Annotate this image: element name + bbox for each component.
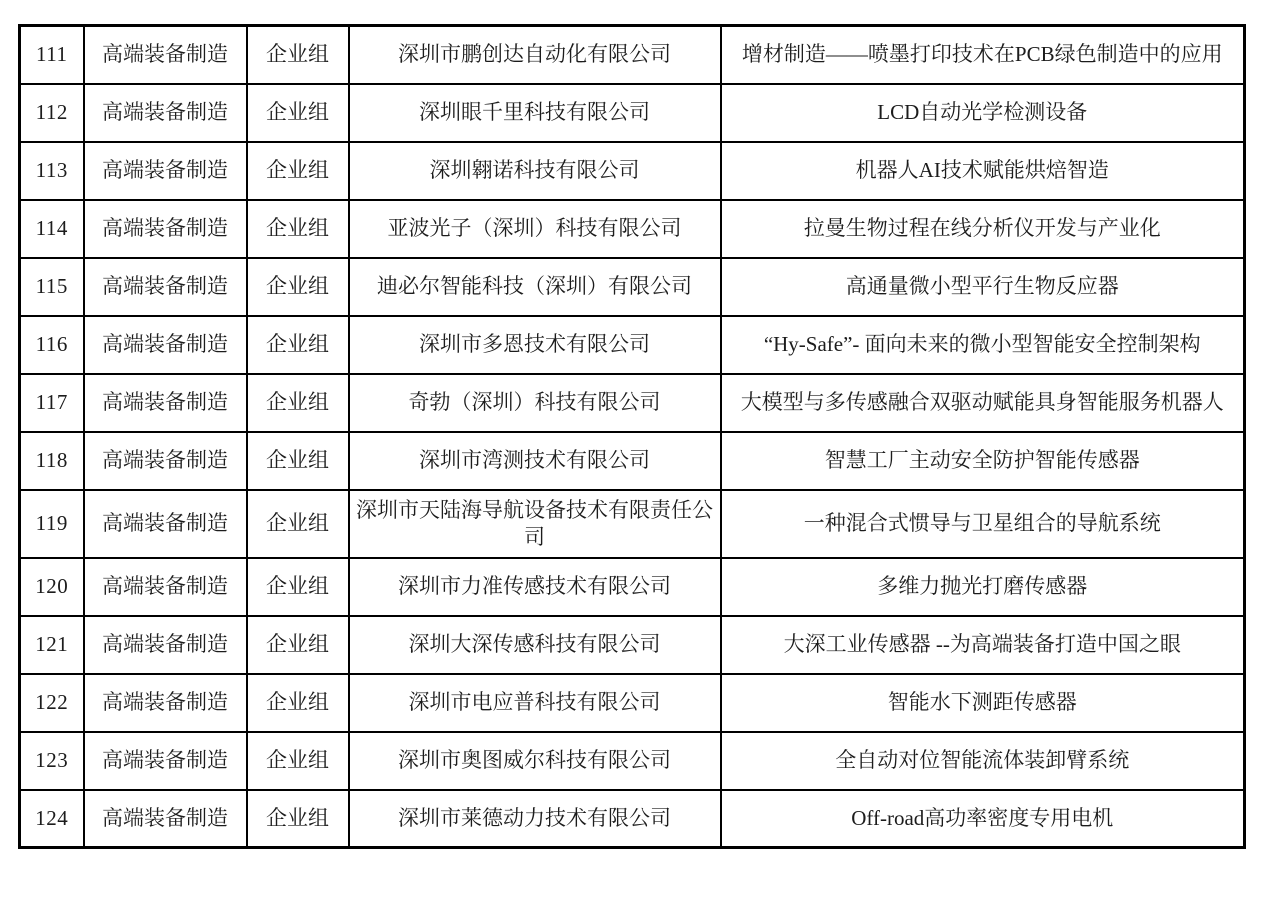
group-cell: 企业组 bbox=[247, 316, 349, 374]
table-row: 113 高端装备制造 企业组 深圳翱诺科技有限公司 机器人AI技术赋能烘焙智造 bbox=[20, 142, 1245, 200]
serial-number-cell: 111 bbox=[20, 26, 84, 84]
project-name-cell: 全自动对位智能流体装卸臂系统 bbox=[721, 732, 1245, 790]
industry-cell: 高端装备制造 bbox=[84, 616, 247, 674]
serial-number-cell: 116 bbox=[20, 316, 84, 374]
group-cell: 企业组 bbox=[247, 26, 349, 84]
company-name-cell: 深圳市力准传感技术有限公司 bbox=[349, 558, 721, 616]
group-cell: 企业组 bbox=[247, 374, 349, 432]
table-row: 119 高端装备制造 企业组 深圳市天陆海导航设备技术有限责任公司 一种混合式惯… bbox=[20, 490, 1245, 558]
project-name-cell: 高通量微小型平行生物反应器 bbox=[721, 258, 1245, 316]
project-name-cell: “Hy-Safe”- 面向未来的微小型智能安全控制架构 bbox=[721, 316, 1245, 374]
company-name-cell: 奇勃（深圳）科技有限公司 bbox=[349, 374, 721, 432]
industry-cell: 高端装备制造 bbox=[84, 432, 247, 490]
project-name-cell: 大模型与多传感融合双驱动赋能具身智能服务机器人 bbox=[721, 374, 1245, 432]
serial-number-cell: 118 bbox=[20, 432, 84, 490]
group-cell: 企业组 bbox=[247, 674, 349, 732]
industry-cell: 高端装备制造 bbox=[84, 200, 247, 258]
company-name-cell: 深圳眼千里科技有限公司 bbox=[349, 84, 721, 142]
group-cell: 企业组 bbox=[247, 142, 349, 200]
company-name-cell: 深圳大深传感科技有限公司 bbox=[349, 616, 721, 674]
serial-number-cell: 119 bbox=[20, 490, 84, 558]
project-name-cell: 大深工业传感器 --为高端装备打造中国之眼 bbox=[721, 616, 1245, 674]
group-cell: 企业组 bbox=[247, 790, 349, 848]
serial-number-cell: 114 bbox=[20, 200, 84, 258]
table-row: 123 高端装备制造 企业组 深圳市奥图威尔科技有限公司 全自动对位智能流体装卸… bbox=[20, 732, 1245, 790]
industry-cell: 高端装备制造 bbox=[84, 790, 247, 848]
project-name-cell: 多维力抛光打磨传感器 bbox=[721, 558, 1245, 616]
serial-number-cell: 121 bbox=[20, 616, 84, 674]
company-name-cell: 迪必尔智能科技（深圳）有限公司 bbox=[349, 258, 721, 316]
project-name-cell: 一种混合式惯导与卫星组合的导航系统 bbox=[721, 490, 1245, 558]
serial-number-cell: 113 bbox=[20, 142, 84, 200]
industry-cell: 高端装备制造 bbox=[84, 142, 247, 200]
industry-cell: 高端装备制造 bbox=[84, 558, 247, 616]
industry-cell: 高端装备制造 bbox=[84, 316, 247, 374]
industry-cell: 高端装备制造 bbox=[84, 674, 247, 732]
serial-number-cell: 120 bbox=[20, 558, 84, 616]
industry-cell: 高端装备制造 bbox=[84, 490, 247, 558]
company-name-cell: 深圳翱诺科技有限公司 bbox=[349, 142, 721, 200]
project-name-cell: LCD自动光学检测设备 bbox=[721, 84, 1245, 142]
table-row: 111 高端装备制造 企业组 深圳市鹏创达自动化有限公司 增材制造——喷墨打印技… bbox=[20, 26, 1245, 84]
table-row: 122 高端装备制造 企业组 深圳市电应普科技有限公司 智能水下测距传感器 bbox=[20, 674, 1245, 732]
group-cell: 企业组 bbox=[247, 200, 349, 258]
company-name-cell: 深圳市电应普科技有限公司 bbox=[349, 674, 721, 732]
project-name-cell: 智慧工厂主动安全防护智能传感器 bbox=[721, 432, 1245, 490]
industry-cell: 高端装备制造 bbox=[84, 374, 247, 432]
table-row: 112 高端装备制造 企业组 深圳眼千里科技有限公司 LCD自动光学检测设备 bbox=[20, 84, 1245, 142]
project-name-cell: 增材制造——喷墨打印技术在PCB绿色制造中的应用 bbox=[721, 26, 1245, 84]
table-row: 116 高端装备制造 企业组 深圳市多恩技术有限公司 “Hy-Safe”- 面向… bbox=[20, 316, 1245, 374]
project-name-cell: Off-road高功率密度专用电机 bbox=[721, 790, 1245, 848]
project-name-cell: 智能水下测距传感器 bbox=[721, 674, 1245, 732]
table-row: 117 高端装备制造 企业组 奇勃（深圳）科技有限公司 大模型与多传感融合双驱动… bbox=[20, 374, 1245, 432]
company-name-cell: 深圳市鹏创达自动化有限公司 bbox=[349, 26, 721, 84]
industry-cell: 高端装备制造 bbox=[84, 732, 247, 790]
group-cell: 企业组 bbox=[247, 258, 349, 316]
group-cell: 企业组 bbox=[247, 732, 349, 790]
table-body: 111 高端装备制造 企业组 深圳市鹏创达自动化有限公司 增材制造——喷墨打印技… bbox=[20, 26, 1245, 848]
company-name-cell: 深圳市奥图威尔科技有限公司 bbox=[349, 732, 721, 790]
serial-number-cell: 115 bbox=[20, 258, 84, 316]
serial-number-cell: 117 bbox=[20, 374, 84, 432]
serial-number-cell: 112 bbox=[20, 84, 84, 142]
company-name-cell: 深圳市多恩技术有限公司 bbox=[349, 316, 721, 374]
document-page: 111 高端装备制造 企业组 深圳市鹏创达自动化有限公司 增材制造——喷墨打印技… bbox=[0, 0, 1280, 904]
serial-number-cell: 124 bbox=[20, 790, 84, 848]
group-cell: 企业组 bbox=[247, 616, 349, 674]
company-name-cell: 亚波光子（深圳）科技有限公司 bbox=[349, 200, 721, 258]
table-row: 121 高端装备制造 企业组 深圳大深传感科技有限公司 大深工业传感器 --为高… bbox=[20, 616, 1245, 674]
group-cell: 企业组 bbox=[247, 490, 349, 558]
company-name-cell: 深圳市天陆海导航设备技术有限责任公司 bbox=[349, 490, 721, 558]
industry-cell: 高端装备制造 bbox=[84, 26, 247, 84]
company-name-cell: 深圳市莱德动力技术有限公司 bbox=[349, 790, 721, 848]
table-row: 120 高端装备制造 企业组 深圳市力准传感技术有限公司 多维力抛光打磨传感器 bbox=[20, 558, 1245, 616]
table-row: 118 高端装备制造 企业组 深圳市湾测技术有限公司 智慧工厂主动安全防护智能传… bbox=[20, 432, 1245, 490]
project-name-cell: 机器人AI技术赋能烘焙智造 bbox=[721, 142, 1245, 200]
group-cell: 企业组 bbox=[247, 84, 349, 142]
table-row: 114 高端装备制造 企业组 亚波光子（深圳）科技有限公司 拉曼生物过程在线分析… bbox=[20, 200, 1245, 258]
group-cell: 企业组 bbox=[247, 558, 349, 616]
table-row: 115 高端装备制造 企业组 迪必尔智能科技（深圳）有限公司 高通量微小型平行生… bbox=[20, 258, 1245, 316]
industry-cell: 高端装备制造 bbox=[84, 84, 247, 142]
industry-cell: 高端装备制造 bbox=[84, 258, 247, 316]
project-name-cell: 拉曼生物过程在线分析仪开发与产业化 bbox=[721, 200, 1245, 258]
company-name-cell: 深圳市湾测技术有限公司 bbox=[349, 432, 721, 490]
group-cell: 企业组 bbox=[247, 432, 349, 490]
company-project-table: 111 高端装备制造 企业组 深圳市鹏创达自动化有限公司 增材制造——喷墨打印技… bbox=[18, 24, 1246, 849]
table-row: 124 高端装备制造 企业组 深圳市莱德动力技术有限公司 Off-road高功率… bbox=[20, 790, 1245, 848]
serial-number-cell: 122 bbox=[20, 674, 84, 732]
serial-number-cell: 123 bbox=[20, 732, 84, 790]
